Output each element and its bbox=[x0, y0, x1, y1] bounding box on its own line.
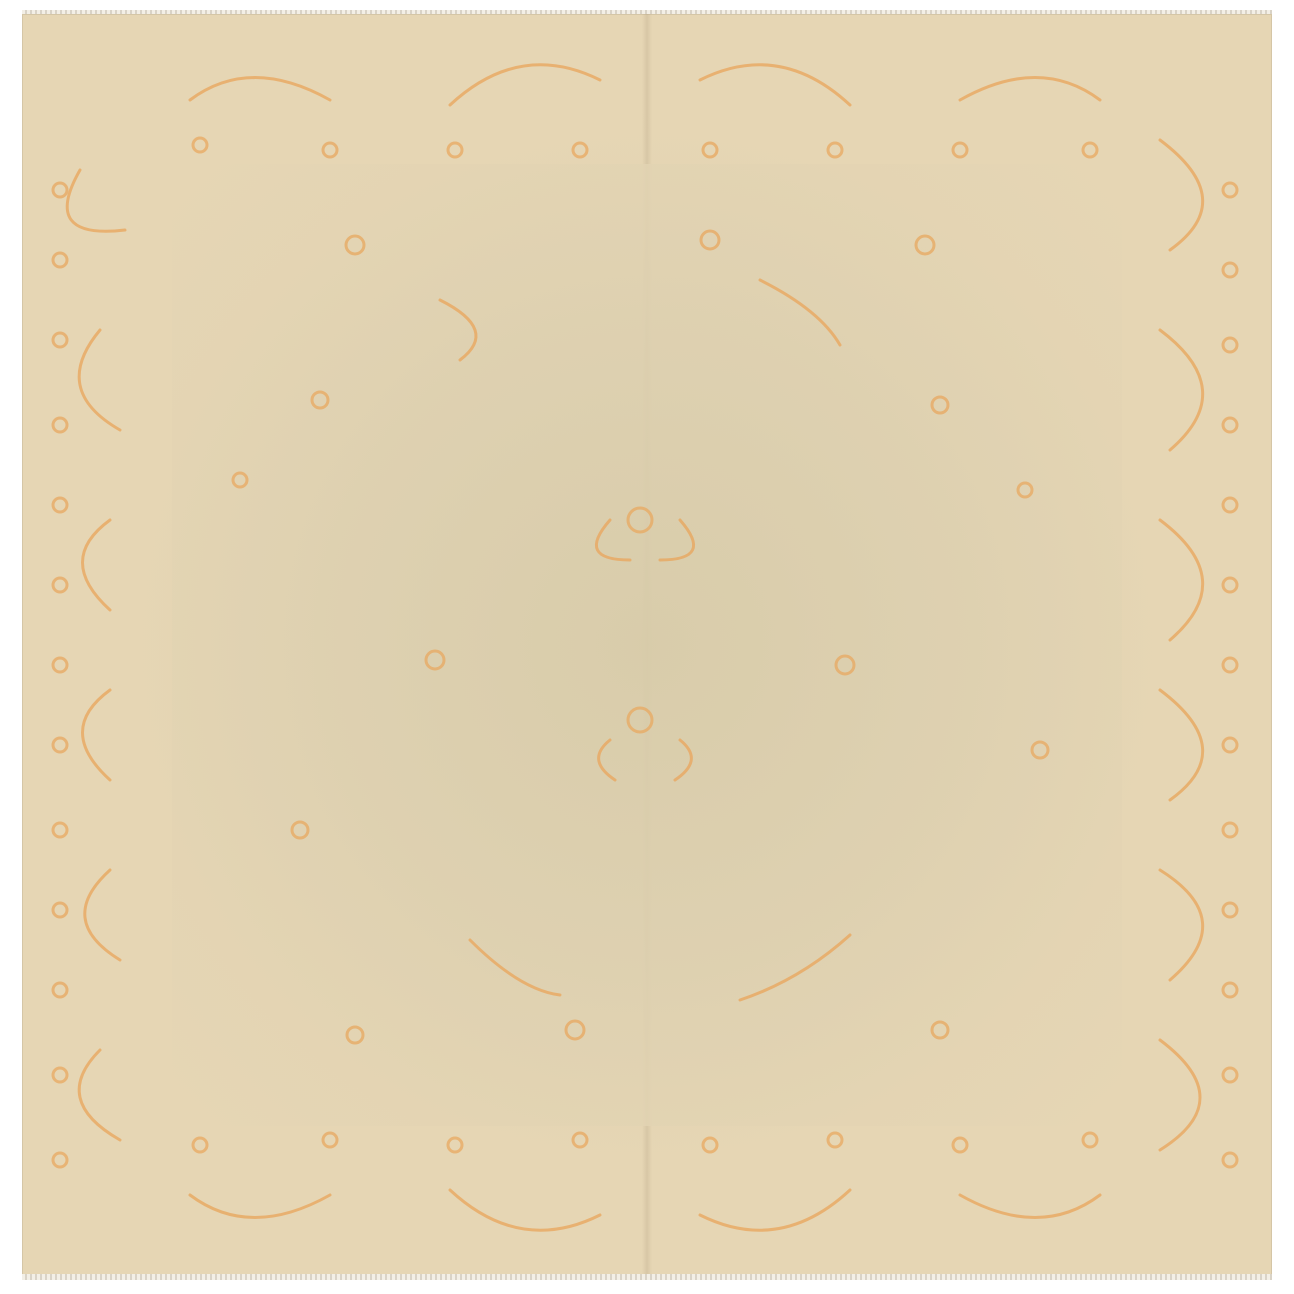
motif-pattern bbox=[0, 0, 1294, 1294]
